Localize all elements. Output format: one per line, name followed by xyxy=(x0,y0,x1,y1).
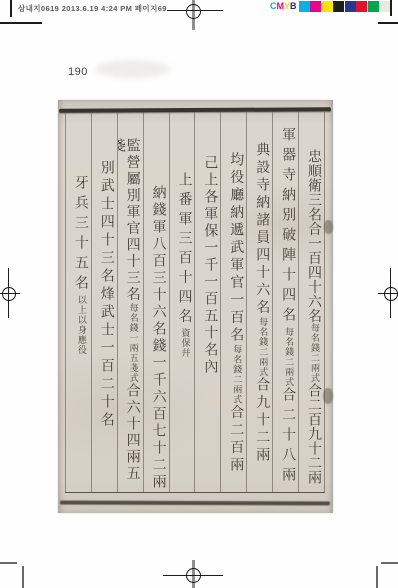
manuscript-column: 軍器寺納別破陣十四名每名錢二兩式合二十八兩 xyxy=(272,112,298,492)
manuscript-column: 別武士四十三名烽武士一百二十名 xyxy=(91,112,117,492)
manuscript-column: 己上各軍保一千一百五十名內 xyxy=(194,112,220,492)
manuscript-table: 忠順衛三名合一百四十六名每名錢二兩式合二百九十二兩軍器寺納別破陣十四名每名錢二兩… xyxy=(65,112,325,493)
column-text: 己上各軍保一千一百五十名內 xyxy=(202,155,218,376)
color-swatch xyxy=(368,1,379,12)
file-info-text: 삼내지0619 2013.6.19 4:24 PM 페이지69 xyxy=(18,3,167,14)
scan-bottom-edge xyxy=(60,501,330,506)
color-calibration-bar: CMYB xyxy=(270,1,391,12)
color-swatches xyxy=(299,1,391,12)
column-text: 牙兵三十五名 xyxy=(73,175,89,295)
column-text: 別武士四十三名烽武士一百二十名 xyxy=(99,160,115,430)
column-text: 軍器寺納別破陣十四名 xyxy=(280,127,296,327)
annotation-text: 每名錢一兩五戔式 xyxy=(128,303,138,383)
manuscript-column: 上番軍三百十四名資保幷 xyxy=(169,112,195,492)
annotation-text: 每名錢二兩式 xyxy=(257,317,267,377)
color-swatch xyxy=(322,1,333,12)
manuscript-column: 忠順衛三名合一百四十六名每名錢二兩式合二百九十二兩 xyxy=(298,112,324,492)
crop-mark-bottom-left-v xyxy=(22,566,24,588)
manuscript-column: 均役廳納遞武軍官一百名每名錢二兩式合二百兩 xyxy=(220,112,246,492)
annotation-text: 以上以身應役 xyxy=(76,295,86,355)
crop-mark-bottom-right-h xyxy=(381,562,398,564)
color-swatch xyxy=(379,1,390,12)
color-swatch xyxy=(299,1,310,12)
crop-mark-bottom-left-h xyxy=(0,562,17,564)
column-text: 監營屬別軍官四十三名 xyxy=(125,138,141,303)
color-bar-letter: B xyxy=(290,1,297,12)
margin-smudge-1 xyxy=(324,220,333,234)
column-text: 合二百九十二兩 xyxy=(306,383,322,485)
manuscript-column: 牙兵三十五名以上以身應役 xyxy=(65,112,91,492)
crop-mark-top-right-h xyxy=(378,22,398,24)
annotation-text: 每名錢二兩式 xyxy=(283,327,293,387)
column-text: 合九十二兩 xyxy=(254,377,270,465)
scan-smudge xyxy=(95,60,170,78)
color-swatch xyxy=(356,1,367,12)
manuscript-column: 監營屬別軍官四十三名每名錢一兩五戔式合六十四兩五戔 xyxy=(117,112,143,492)
page-number: 190 xyxy=(68,66,88,78)
column-text: 合二十八兩 xyxy=(280,387,296,487)
column-text: 納錢軍八百三十六名錢一千六百七十二兩 xyxy=(151,185,167,491)
registration-bottom-circle xyxy=(186,568,201,583)
margin-smudge-2 xyxy=(323,388,333,404)
color-bar-letter: M xyxy=(277,1,285,12)
color-swatch xyxy=(345,1,356,12)
registration-left-circle xyxy=(2,287,16,301)
annotation-text: 每名錢二兩式 xyxy=(231,345,241,405)
column-text: 典設寺納諸員四十六名 xyxy=(254,142,270,317)
column-text: 均役廳納遞武軍官一百名 xyxy=(228,152,244,345)
crop-mark-top-left-v xyxy=(10,0,12,17)
column-text: 忠順衛三名合一百四十六名 xyxy=(306,149,322,323)
color-swatch xyxy=(310,1,321,12)
column-text: 合二百兩 xyxy=(228,405,244,475)
registration-top-circle xyxy=(186,4,201,19)
scanned-manuscript: 忠順衛三名合一百四十六名每名錢二兩式合二百九十二兩軍器寺納別破陣十四名每名錢二兩… xyxy=(58,100,333,513)
crop-mark-top-left-h xyxy=(0,22,42,24)
cmyb-label: CMYB xyxy=(270,1,297,12)
crop-mark-bottom-right-v xyxy=(376,566,378,588)
column-text: 上番軍三百十四名 xyxy=(176,172,192,328)
annotation-text: 資保幷 xyxy=(179,328,189,358)
print-proof-page: 삼내지0619 2013.6.19 4:24 PM 페이지69 CMYB 190… xyxy=(0,0,398,588)
annotation-text: 每名錢二兩式 xyxy=(309,323,319,383)
manuscript-column: 納錢軍八百三十六名錢一千六百七十二兩 xyxy=(143,112,169,492)
manuscript-column: 典設寺納諸員四十六名每名錢二兩式合九十二兩 xyxy=(246,112,272,492)
registration-right-circle xyxy=(384,287,398,301)
color-swatch xyxy=(333,1,344,12)
